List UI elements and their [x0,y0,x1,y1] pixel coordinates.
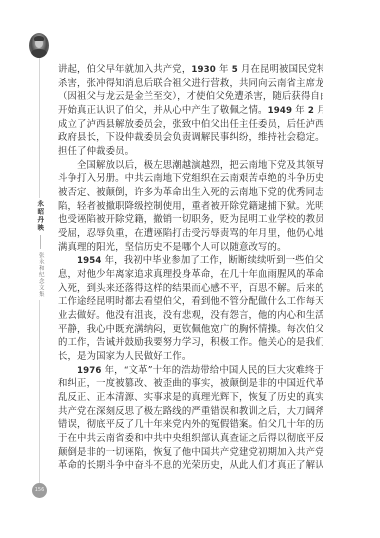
book-title-vertical: 永昭丹映 张永和纪念文集 [33,198,47,300]
text-line: 业去做好。他没有沮丧，没有悲观，没有怨言，他的内心和生活像湖水一样 [58,309,323,323]
text-line: 政府县长，下设仲裁委员会负责调解民事纠纷，维持社会稳定。祖父被邀请 [58,131,323,145]
portrait-hair [34,36,44,41]
book-subtitle: 张永和纪念文集 [37,252,43,298]
page-number-badge: 156 [32,483,47,498]
text-line: 杀害，张冲得知消息后联合祖父进行营救，共同向云南省主席龙云谏言作保 [58,77,323,91]
text-line: 入死，到头来还落得这样的结果而心感不平，百思不解。后来的一些年我因 [58,282,323,296]
text-line: 错误，彻底平反了几十年来党内外的冤假错案。伯父几十年的历史冤案终 [58,418,323,432]
text-line: 平静，我心中既充满纳闷，更钦佩他宽广的胸怀情操。每次伯父总要询问我 [58,323,323,337]
text-line: 满真理的阳光，坚信历史不是哪个人可以随意改写的。 [58,241,323,255]
text-line: 共产党在深刻反思了极左路线的严重错误和教训之后，大刀阔斧地纠正了 [58,405,323,419]
text-line: 开始真正认识了伯父，并从心中产生了敬佩之情。1949 年 2 月泸西县解放， [58,104,323,118]
text-line: 息，对他少年离家追求真理投身革命，在几十年血雨腥风的革命斗争中出生 [58,268,323,282]
body-text: 讲起，伯父早年就加入共产党，1930 年 5 月在昆明被国民党特务逮捕并准备杀害… [58,63,323,473]
text-line: 1954 年，我初中毕业参加了工作，断断续续听到一些伯父含冤受诬的消 [58,254,323,268]
text-line: （因祖父与龙云是金兰至交），才使伯父免遭杀害，随后获得自由。从此我才 [58,90,323,104]
text-line: 全国解放以后，极左思潮越演越烈，把云南地下党及其领导的反蒋武装 [58,159,323,173]
text-line: 担任了仲裁委员。 [58,145,323,159]
text-line: 也受诬陷被开除党籍，撤销一切职务，贬为昆明工业学校的教员。伯父含冤 [58,213,323,227]
book-page: 永昭丹映 张永和纪念文集 156 讲起，伯父早年就加入共产党，1930 年 5 … [0,0,380,538]
text-line: 乱反正、正本清源、实事求是的真理光辉下，恢复了历史的真实面目。中国 [58,391,323,405]
author-portrait [29,33,49,58]
text-line: 讲起，伯父早年就加入共产党，1930 年 5 月在昆明被国民党特务逮捕并准备 [58,63,323,77]
text-line: 的工作，告诫并鼓励我要努力学习，积极工作。他关心的是我们青年的成 [58,336,323,350]
text-line: 革命的长期斗争中奋斗不息的光荣历史，从此人们才真正了解认识伯父一 [58,459,323,473]
book-title-calligraphy: 永昭丹映 [37,200,44,232]
text-line: 于在中共云南省委和中共中央组织部认真查证之后得以彻底平反，推倒了 [58,432,323,446]
text-line: 长，是为国家为人民做好工作。 [58,350,323,364]
text-line: 1976 年，“文革”十年的浩劫带给中国人民的巨大灾难终于得到了清算 [58,364,323,378]
text-line: 和纠正，一度被篡改、被歪曲的事实，被颠倒是非的中国近代革命终于在拨 [58,377,323,391]
text-line: 成立了泸西县解放委员会，张致中伯父出任主任委员，后任泸西县临时人民 [58,118,323,132]
text-line: 陷，轻者被撤职降级控制使用，重者被开除党籍逮捕下狱。光明磊落的大伯 [58,200,323,214]
text-line: 受屈，忍辱负重，在遭诬陷打击受污辱责骂的年月里，他仍心地坦然，胸中充 [58,227,323,241]
portrait-shoulders [31,49,47,58]
title-divider [40,235,41,249]
text-line: 颠倒是非的一切诬陷，恢复了他中国共产党建党初期加入共产党，并在中国 [58,446,323,460]
text-line: 工作途经昆明时都去看望伯父，看到他不管分配做什么工作每天都兢兢业 [58,295,323,309]
text-line: 被否定、被颠倒，许多为革命出生入死的云南地下党的优秀同志被栽赃诬 [58,186,323,200]
text-line: 斗争打入另册。中共云南地下党组织在云南艰苦卓绝的斗争历史被歪曲、 [58,172,323,186]
